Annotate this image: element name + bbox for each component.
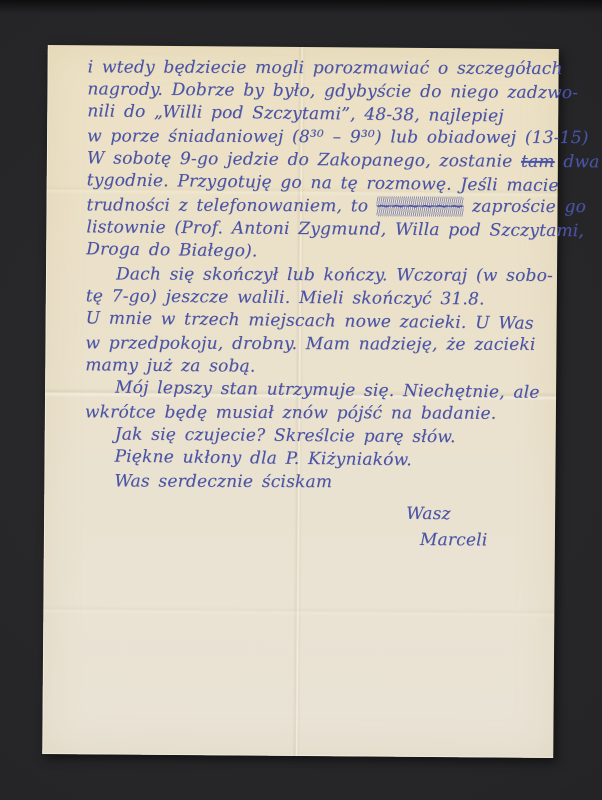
line-text: zaproście go <box>463 197 586 217</box>
line-text: listownie (Prof. Antoni Zygmund, Willa p… <box>86 217 584 241</box>
line-text: W sobotę 9-go jedzie do Zakopanego, zost… <box>87 148 521 171</box>
line-text: Droga do Białego). <box>86 239 258 261</box>
handwriting-line: wkrótce będę musiał znów pójść na badani… <box>85 401 554 426</box>
line-text: w przedpokoju, drobny. Mam nadzieję, że … <box>85 333 535 355</box>
handwriting-line: Was serdecznie ściskam <box>84 470 553 495</box>
handwriting-line: i wtedy będziecie mogli porozmawiać o sz… <box>88 56 557 81</box>
line-text: trudności z telefonowaniem, to <box>86 195 376 216</box>
line-text: Was serdecznie ściskam <box>114 471 332 492</box>
handwriting-line: trudności z telefonowaniem, to ~~~~~~ za… <box>86 194 555 219</box>
struck-word: tam <box>521 152 555 172</box>
signature-closing: Wasz <box>406 501 553 528</box>
line-text: nagrody. Dobrze by było, gdybyście do ni… <box>87 79 578 103</box>
line-text: tygodnie. Przygotuję go na tę rozmowę. J… <box>87 170 559 196</box>
scribbled-word: ~~~~~~ <box>377 196 464 216</box>
photo-of-letter: { "document": { "kind": "handwritten let… <box>0 0 602 800</box>
line-text: i wtedy będziecie mogli porozmawiać o sz… <box>88 57 563 79</box>
signature-name: Marceli <box>406 527 553 554</box>
handwriting-line: w przedpokoju, drobny. Mam nadzieję, że … <box>85 332 554 357</box>
signature-block: Wasz Marceli <box>84 498 553 554</box>
handwriting-line: w porze śniadaniowej (8³⁰ – 9³⁰) lub obi… <box>87 125 556 150</box>
line-text: w porze śniadaniowej (8³⁰ – 9³⁰) lub obi… <box>87 126 589 148</box>
handwriting-line: Dach się skończył lub kończy. Wczoraj (w… <box>86 263 555 288</box>
line-text: mamy już za sobą. <box>85 355 255 376</box>
line-text: Mój lepszy stan utrzymuje się. Niechętni… <box>115 378 540 403</box>
line-text: wkrótce będę musiał znów pójść na badani… <box>85 402 497 423</box>
line-text: Piękne ukłony dla P. Kiżyniaków. <box>114 447 412 471</box>
photo-top-shadow <box>0 0 602 14</box>
line-text: tę 7-go) jeszcze walili. Mieli skończyć … <box>86 286 485 309</box>
line-text: nili do „Willi pod Szczytami”, 48-38, na… <box>87 101 504 126</box>
line-text: Jak się czujecie? Skreślcie parę słów. <box>115 425 456 448</box>
handwritten-text-block: i wtedy będziecie mogli porozmawiać o sz… <box>44 45 559 554</box>
line-text: U mnie w trzech miejscach nowe zacieki. … <box>86 308 534 333</box>
letter-paper: i wtedy będziecie mogli porozmawiać o sz… <box>42 45 559 758</box>
line-text: dwa <box>555 152 600 172</box>
line-text: Dach się skończył lub kończy. Wczoraj (w… <box>116 264 553 286</box>
